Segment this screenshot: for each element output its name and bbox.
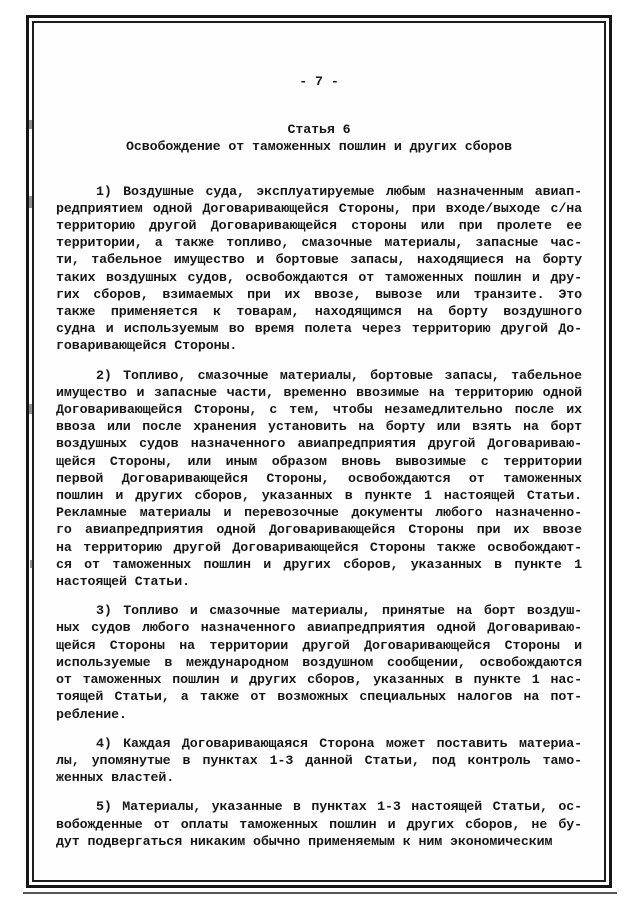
text-line: Рекламные материалы и перевозочные докум… <box>56 504 582 521</box>
text-line: ти, табельное имущество и бортовые запас… <box>56 251 582 268</box>
text-line: на территорию другой Договаривающейся Ст… <box>56 539 582 556</box>
article-heading: Статья 6 <box>56 121 582 138</box>
text-line: говаривающейся Стороны. <box>56 337 582 354</box>
scan-artifact <box>30 560 33 568</box>
text-line: щейся Стороны, или иным образом вновь вы… <box>56 453 582 470</box>
text-line: Договаривающейся Стороны, с тем, чтобы н… <box>56 401 582 418</box>
text-line: 4) Каждая Договаривающаяся Сторона может… <box>56 735 582 752</box>
page-number: - 7 - <box>56 73 582 90</box>
text-line: также применяется к товарам, находящимся… <box>56 303 582 320</box>
text-line: ных судов любого назначенного авиапредпр… <box>56 619 582 636</box>
text-line: первой Договаривающейся Стороны, освобож… <box>56 470 582 487</box>
text-line: щейся Стороны на территории другой Догов… <box>56 637 582 654</box>
paragraph: 2) Топливо, смазочные материалы, бортовы… <box>56 367 582 591</box>
text-line: 3) Топливо и смазочные материалы, принят… <box>56 602 582 619</box>
text-line: от таможенных пошлин и других сборов, ук… <box>56 671 582 688</box>
paragraph: 1) Воздушные суда, эксплуатируемые любым… <box>56 183 582 355</box>
text-line: территории, а также топливо, смазочные м… <box>56 234 582 251</box>
text-line: тоящей Статьи, а также от возможных спец… <box>56 688 582 705</box>
text-line: дут подвергаться никаким обычно применяе… <box>56 833 582 850</box>
text-line: 2) Топливо, смазочные материалы, бортовы… <box>56 367 582 384</box>
text-line: настоящей Статьи. <box>56 573 582 590</box>
paragraph: 4) Каждая Договаривающаяся Сторона может… <box>56 735 582 787</box>
paragraph: 5) Материалы, указанные в пунктах 1-3 на… <box>56 798 582 850</box>
text-line: редприятием одной Договаривающейся Сторо… <box>56 200 582 217</box>
text-line: ребление. <box>56 706 582 723</box>
text-line: имущество и запасные части, временно вво… <box>56 384 582 401</box>
text-line: пошлин и других сборов, указанных в пунк… <box>56 487 582 504</box>
article-title: Освобождение от таможенных пошлин и друг… <box>56 138 582 155</box>
text-line: территорию другой Договаривающейся сторо… <box>56 217 582 234</box>
scan-artifact <box>29 196 32 208</box>
text-line: го авиапредприятия одной Договаривающейс… <box>56 521 582 538</box>
paragraphs-container: 1) Воздушные суда, эксплуатируемые любым… <box>56 183 582 850</box>
page-border-inner: - 7 - Статья 6 Освобождение от таможенны… <box>32 21 606 882</box>
text-line: лы, упомянутые в пунктах 1-3 данной Стат… <box>56 752 582 769</box>
text-line: ся от таможенных пошлин и других сборов,… <box>56 556 582 573</box>
scan-artifact <box>29 404 32 414</box>
paragraph: 3) Топливо и смазочные материалы, принят… <box>56 602 582 722</box>
text-line: воздушных судов назначенного авиапредпри… <box>56 435 582 452</box>
text-line: 1) Воздушные суда, эксплуатируемые любым… <box>56 183 582 200</box>
scan-artifact <box>29 120 32 129</box>
page-border-outer: - 7 - Статья 6 Освобождение от таможенны… <box>26 15 612 888</box>
text-line: женных властей. <box>56 769 582 786</box>
text-line: 5) Материалы, указанные в пунктах 1-3 на… <box>56 798 582 815</box>
text-line: таких воздушных судов, освобождаются от … <box>56 269 582 286</box>
text-line: вобожденные от оплаты таможенных пошлин … <box>56 816 582 833</box>
text-line: гих сборов, взимаемых при их ввозе, выво… <box>56 286 582 303</box>
page-content: - 7 - Статья 6 Освобождение от таможенны… <box>34 23 604 880</box>
text-line: используемые в международном воздушном с… <box>56 654 582 671</box>
text-line: судна и используемым во время полета чер… <box>56 320 582 337</box>
text-line: ввоза или после хранения установить на б… <box>56 418 582 435</box>
